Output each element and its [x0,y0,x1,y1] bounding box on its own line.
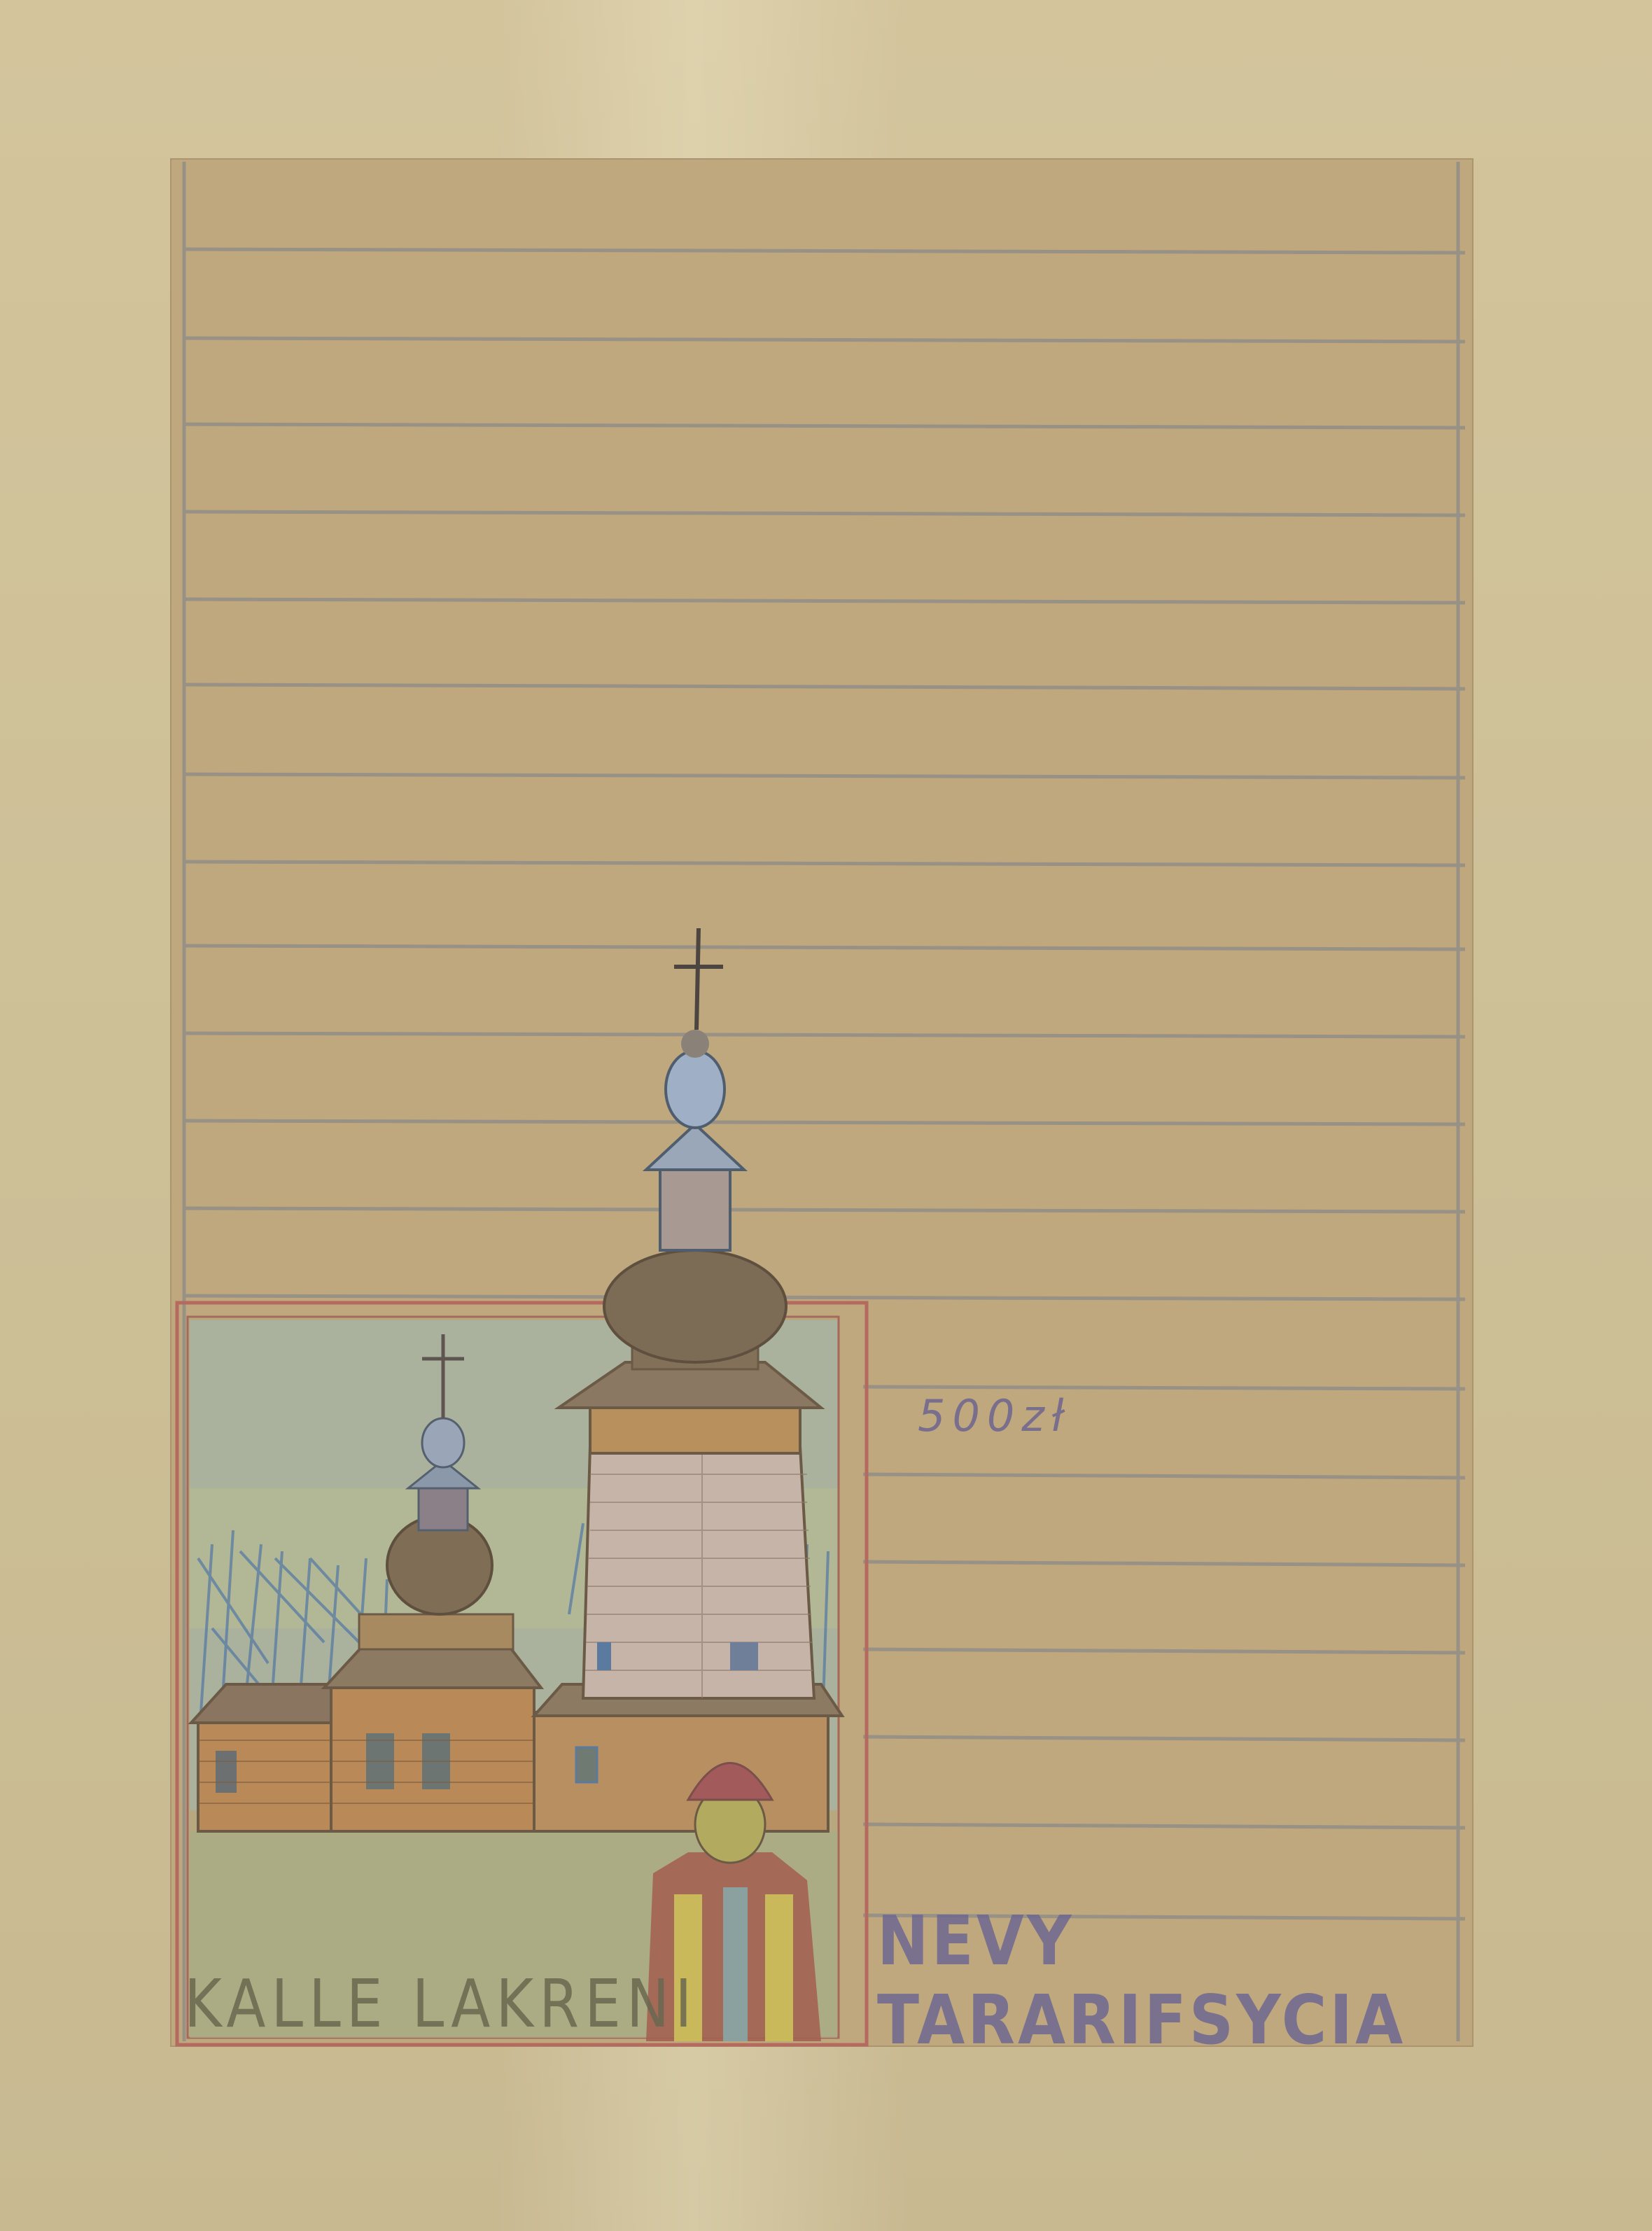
price-note: 500zł [918,1390,1071,1441]
inscription-left: KALLE LAKRENI [184,1966,697,2043]
drawing-paper: 500zł NEVY TARARIFSYCIA KALLE LAKRENI [170,158,1473,2047]
inscription-right: NEVY TARARIFSYCIA [877,1901,1473,2060]
drawing-illustration [170,158,1473,2047]
